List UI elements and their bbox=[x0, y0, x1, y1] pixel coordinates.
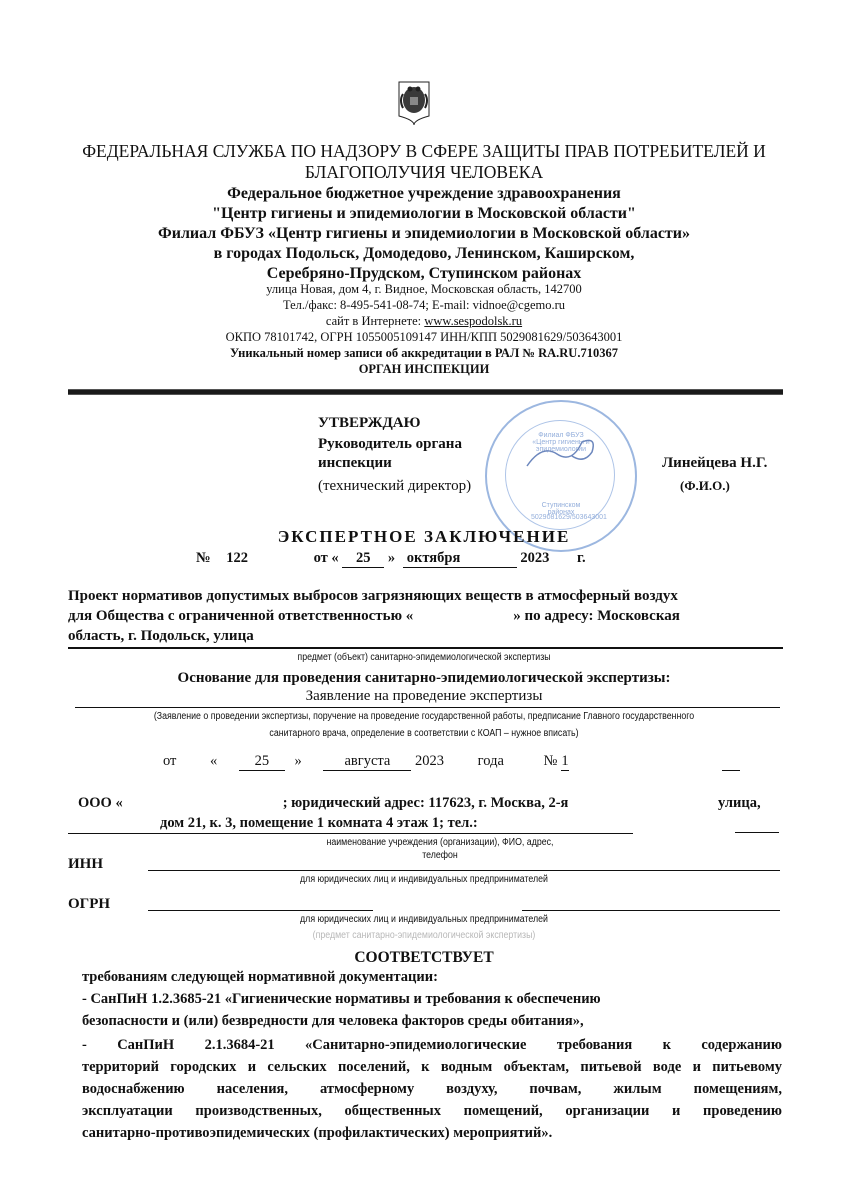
inn-field-line[interactable] bbox=[148, 870, 780, 871]
date-from-label: от « bbox=[314, 550, 339, 566]
year-suffix: г. bbox=[577, 550, 586, 566]
applicant-line1: ООО «; юридический адрес: 117623, г. Мос… bbox=[78, 792, 568, 814]
basis-caption-line1: (Заявление о проведении экспертизы, пору… bbox=[51, 710, 797, 723]
number-label: № bbox=[196, 550, 211, 566]
basis-date-from: от bbox=[163, 753, 176, 769]
result-heading: СООТВЕТСТВУЕТ bbox=[0, 949, 848, 967]
website-link[interactable]: www.sespodolsk.ru bbox=[424, 314, 522, 328]
basis-date-row: от « 25 » августа 2023 года № 1 bbox=[163, 753, 569, 771]
ogrn-label: ОГРН bbox=[68, 893, 110, 915]
subject-underline bbox=[68, 647, 783, 649]
basis-number: 1 bbox=[561, 753, 569, 771]
basis-year: 2023 bbox=[415, 753, 444, 769]
org-name-line4: в городах Подольск, Домодедово, Ленинско… bbox=[0, 244, 848, 263]
requirement-2-line5: санитарно-противоэпидемических (профилак… bbox=[82, 1122, 552, 1144]
approver-position-line3: (технический директор) bbox=[318, 475, 471, 497]
signature-icon bbox=[522, 434, 602, 474]
header-divider bbox=[68, 389, 783, 395]
subject-line2-part2: » по адресу: Московская bbox=[513, 608, 680, 624]
coat-of-arms-icon bbox=[397, 80, 431, 126]
org-name-line3: Филиал ФБУЗ «Центр гигиены и эпидемиолог… bbox=[0, 224, 848, 243]
body-type: ОРГАН ИНСПЕКЦИИ bbox=[0, 362, 848, 378]
website-label: сайт в Интернете: bbox=[326, 314, 424, 328]
subject-line3: область, г. Подольск, улица bbox=[68, 626, 254, 646]
applicant-street-word: улица, bbox=[718, 792, 761, 814]
subject-line2: для Общества с ограниченной ответственно… bbox=[68, 606, 783, 626]
applicant-org-prefix: ООО « bbox=[78, 795, 123, 811]
agency-name-line2: БЛАГОПОЛУЧИЯ ЧЕЛОВЕКА bbox=[0, 162, 848, 183]
date-quote-close: » bbox=[388, 550, 395, 566]
inn-caption: для юридических лиц и индивидуальных пре… bbox=[51, 873, 797, 886]
ogrn-faded-caption: (предмет санитарно-эпидемиологической эк… bbox=[51, 929, 797, 942]
result-intro: требованиям следующей нормативной докуме… bbox=[82, 966, 438, 988]
approver-name-caption: (Ф.И.О.) bbox=[680, 478, 730, 494]
document-title: ЭКСПЕРТНОЕ ЗАКЛЮЧЕНИЕ bbox=[0, 527, 848, 547]
basis-year-word: года bbox=[478, 753, 504, 769]
org-contacts: Тел./факс: 8-495-541-08-74; E-mail: vidn… bbox=[0, 298, 848, 314]
org-address: улица Новая, дом 4, г. Видное, Московска… bbox=[0, 282, 848, 298]
org-website-line: сайт в Интернете: www.sespodolsk.ru bbox=[0, 314, 848, 330]
applicant-underline-right bbox=[735, 832, 779, 833]
approver-position-line2: инспекции bbox=[318, 452, 392, 474]
basis-heading: Основание для проведения санитарно-эпиде… bbox=[0, 668, 848, 688]
org-name-line2: "Центр гигиены и эпидемиологии в Московс… bbox=[0, 204, 848, 223]
ogrn-field-line-left[interactable] bbox=[148, 910, 373, 911]
requirement-2-line1: - СанПиН 2.1.3684-21 «Санитарно-эпидемио… bbox=[82, 1034, 782, 1056]
conclusion-month: октября bbox=[403, 550, 517, 568]
basis-month: августа bbox=[323, 753, 411, 771]
basis-underline bbox=[75, 707, 780, 708]
org-name-line1: Федеральное бюджетное учреждение здравоо… bbox=[0, 184, 848, 203]
agency-name-line1: ФЕДЕРАЛЬНАЯ СЛУЖБА ПО НАДЗОРУ В СФЕРЕ ЗА… bbox=[0, 141, 848, 162]
approve-label: УТВЕРЖДАЮ bbox=[318, 412, 421, 434]
requirement-2-line2: территорий городских и сельских поселени… bbox=[82, 1056, 782, 1078]
conclusion-number: 122 bbox=[226, 550, 248, 566]
subject-line2-part1: для Общества с ограниченной ответственно… bbox=[68, 608, 413, 624]
requirement-2-line3: водоснабжению населения, атмосферному во… bbox=[82, 1078, 782, 1100]
applicant-caption: наименование учреждения (организации), Ф… bbox=[308, 836, 572, 862]
approver-name: Линейцева Н.Г. bbox=[662, 452, 767, 474]
inn-label: ИНН bbox=[68, 853, 103, 875]
basis-trailing-blank bbox=[722, 770, 740, 771]
subject-line1: Проект нормативов допустимых выбросов за… bbox=[68, 586, 783, 606]
basis-caption-line2: санитарного врача, определение в соответ… bbox=[51, 727, 797, 740]
basis-quote-close: » bbox=[295, 753, 302, 769]
org-codes: ОКПО 78101742, ОГРН 1055005109147 ИНН/КП… bbox=[0, 330, 848, 346]
applicant-line2: дом 21, к. 3, помещение 1 комната 4 этаж… bbox=[160, 812, 478, 834]
accreditation-number: Уникальный номер записи об аккредитации … bbox=[0, 346, 848, 362]
ogrn-caption: для юридических лиц и индивидуальных пре… bbox=[51, 913, 797, 926]
requirement-1-line1: - СанПиН 1.2.3685-21 «Гигиенические норм… bbox=[82, 988, 601, 1010]
applicant-underline bbox=[68, 833, 633, 834]
basis-quote-open: « bbox=[210, 753, 217, 769]
subject-caption: предмет (объект) санитарно-эпидемиологич… bbox=[51, 651, 797, 664]
ogrn-field-line-right[interactable] bbox=[522, 910, 780, 911]
conclusion-number-row: № 122 от « 25 » октября 2023 г. bbox=[196, 550, 586, 568]
basis-number-label: № bbox=[544, 753, 558, 769]
requirement-2-line4: эксплуатации производственных, обществен… bbox=[82, 1100, 782, 1122]
applicant-legal-address: ; юридический адрес: 117623, г. Москва, … bbox=[283, 795, 569, 811]
requirement-1-line2: безопасности и (или) безвредности для че… bbox=[82, 1010, 584, 1032]
basis-value: Заявление на проведение экспертизы bbox=[0, 688, 848, 705]
conclusion-year: 2023 bbox=[520, 550, 549, 566]
stamp-code: 5029081629/503643001 bbox=[531, 514, 591, 521]
basis-day: 25 bbox=[239, 753, 285, 771]
org-name-line5: Серебряно-Прудском, Ступинском районах bbox=[0, 264, 848, 283]
conclusion-day: 25 bbox=[342, 550, 384, 568]
